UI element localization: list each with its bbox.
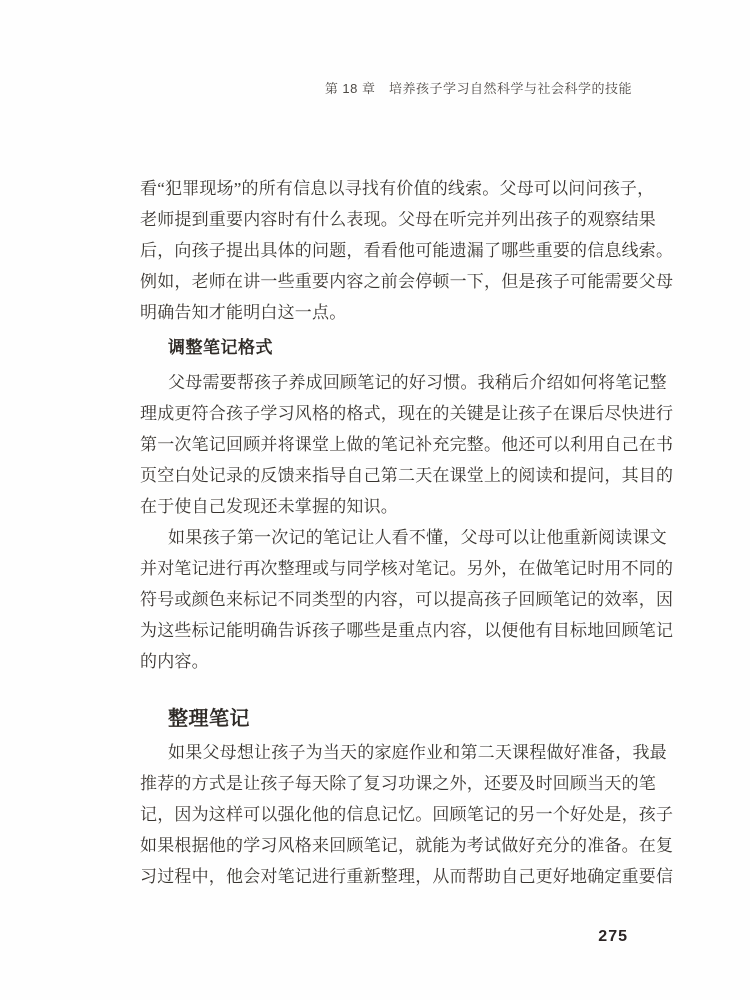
text-line: 第一次笔记回顾并将课堂上做的笔记补充完整。他还可以利用自己在书 bbox=[140, 429, 640, 460]
text-line: 如果孩子第一次记的笔记让人看不懂，父母可以让他重新阅读课文 bbox=[140, 522, 640, 553]
text-line: 如果父母想让孩子为当天的家庭作业和第二天课程做好准备，我最 bbox=[140, 737, 640, 768]
text-line: 的内容。 bbox=[140, 646, 640, 677]
text-line: 明确告知才能明白这一点。 bbox=[140, 297, 640, 328]
text-line: 看“犯罪现场”的所有信息以寻找有价值的线索。父母可以问问孩子， bbox=[140, 173, 640, 204]
page-body: 看“犯罪现场”的所有信息以寻找有价值的线索。父母可以问问孩子，老师提到重要内容时… bbox=[140, 173, 640, 892]
text-line: 在于使自己发现还未掌握的知识。 bbox=[140, 491, 640, 522]
paragraph-daily-review: 如果父母想让孩子为当天的家庭作业和第二天课程做好准备，我最推荐的方式是让孩子每天… bbox=[140, 737, 640, 892]
paragraph-reorganize-notes: 如果孩子第一次记的笔记让人看不懂，父母可以让他重新阅读课文并对笔记进行再次整理或… bbox=[140, 522, 640, 677]
text-line: 页空白处记录的反馈来指导自己第二天在课堂上的阅读和提问，其目的 bbox=[140, 460, 640, 491]
text-line: 例如，老师在讲一些重要内容之前会停顿一下，但是孩子可能需要父母 bbox=[140, 266, 640, 297]
text-line: 如果根据他的学习风格来回顾笔记，就能为考试做好充分的准备。在复 bbox=[140, 830, 640, 861]
page-number: 275 bbox=[598, 928, 628, 946]
text-line: 父母需要帮孩子养成回顾笔记的好习惯。我稍后介绍如何将笔记整 bbox=[140, 367, 640, 398]
text-line: 推荐的方式是让孩子每天除了复习功课之外，还要及时回顾当天的笔 bbox=[140, 768, 640, 799]
book-page: 第 18 章 培养孩子学习自然科学与社会科学的技能 看“犯罪现场”的所有信息以寻… bbox=[0, 0, 750, 1000]
paragraph-continuation: 看“犯罪现场”的所有信息以寻找有价值的线索。父母可以问问孩子，老师提到重要内容时… bbox=[140, 173, 640, 328]
subsection-heading-adjust-note-format: 调整笔记格式 bbox=[140, 333, 640, 363]
paragraph-review-habit: 父母需要帮孩子养成回顾笔记的好习惯。我稍后介绍如何将笔记整理成更符合孩子学习风格… bbox=[140, 367, 640, 522]
text-line: 理成更符合孩子学习风格的格式，现在的关键是让孩子在课后尽快进行 bbox=[140, 398, 640, 429]
text-line: 符号或颜色来标记不同类型的内容，可以提高孩子回顾笔记的效率，因 bbox=[140, 584, 640, 615]
text-line: 后，向孩子提出具体的问题，看看他可能遗漏了哪些重要的信息线索。 bbox=[140, 235, 640, 266]
chapter-running-header: 第 18 章 培养孩子学习自然科学与社会科学的技能 bbox=[140, 82, 632, 96]
section-heading-organize-notes: 整理笔记 bbox=[140, 704, 640, 734]
text-line: 习过程中，他会对笔记进行重新整理，从而帮助自己更好地确定重要信 bbox=[140, 861, 640, 892]
text-line: 为这些标记能明确告诉孩子哪些是重点内容，以便他有目标地回顾笔记 bbox=[140, 615, 640, 646]
text-line: 老师提到重要内容时有什么表现。父母在听完并列出孩子的观察结果 bbox=[140, 204, 640, 235]
text-line: 记，因为这样可以强化他的信息记忆。回顾笔记的另一个好处是，孩子 bbox=[140, 799, 640, 830]
text-line: 并对笔记进行再次整理或与同学核对笔记。另外，在做笔记时用不同的 bbox=[140, 553, 640, 584]
